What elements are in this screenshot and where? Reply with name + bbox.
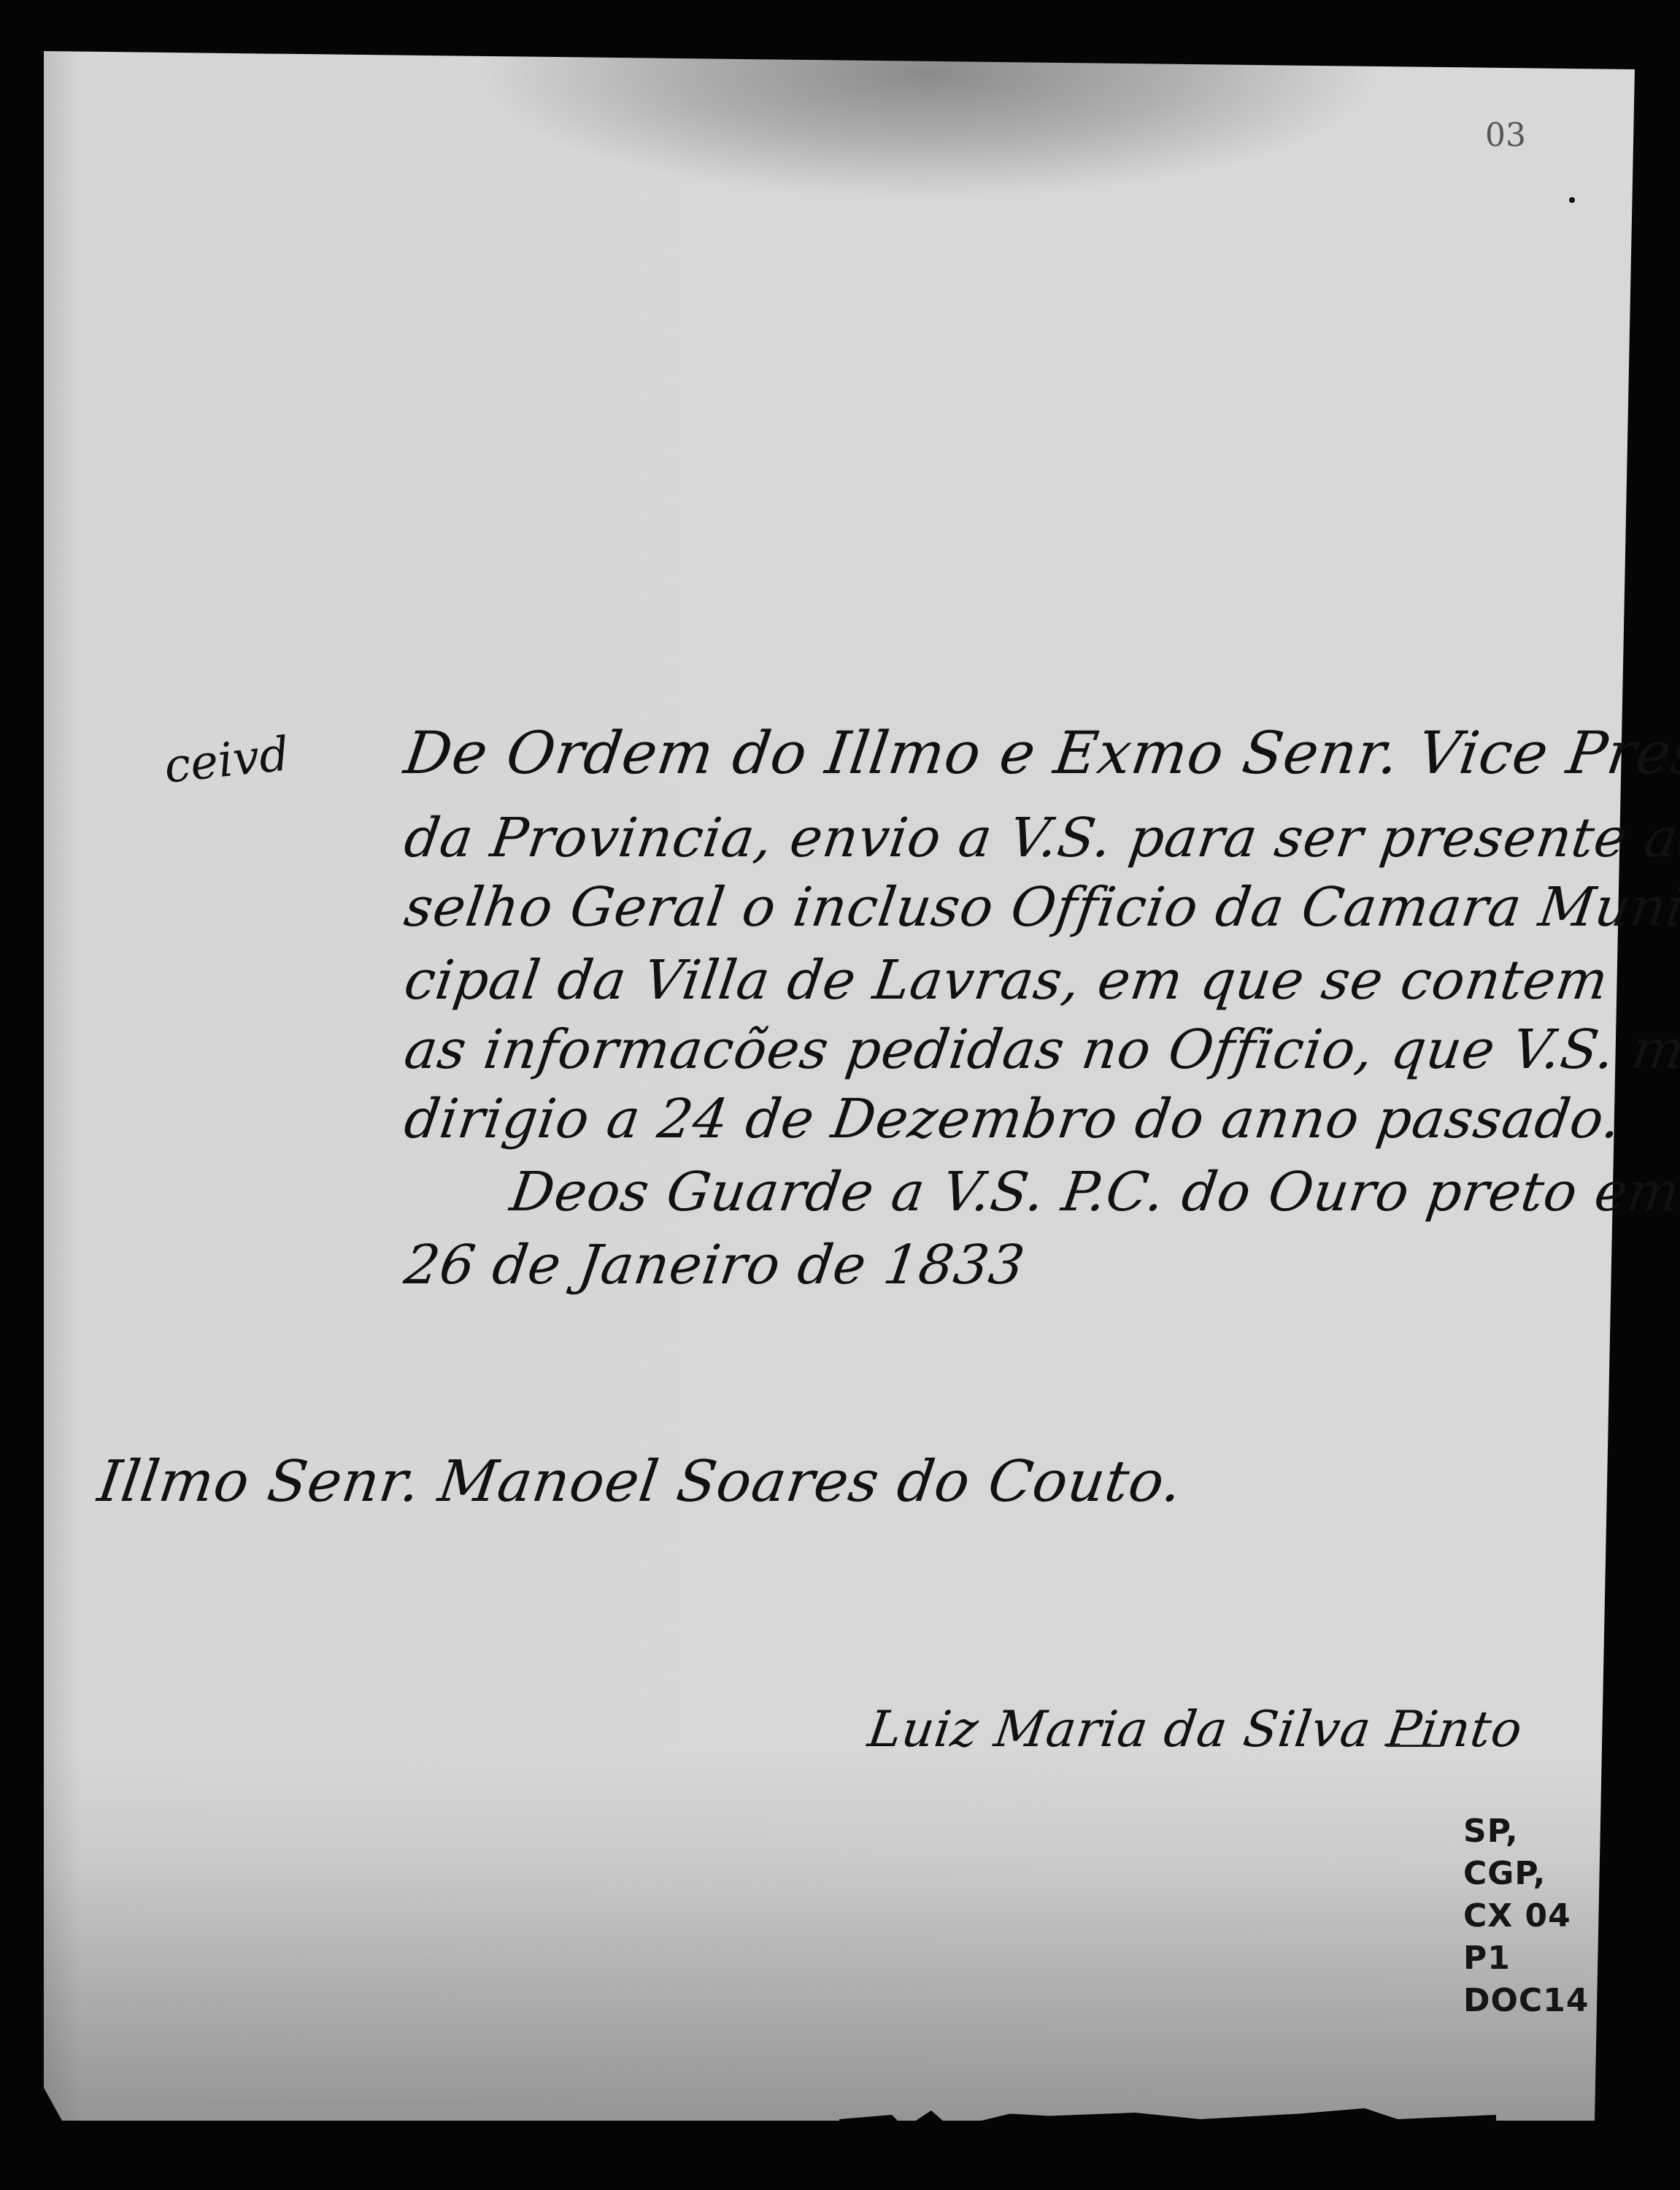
body-line-1: De Ordem do Illmo e Exmo Senr. Vice Pres…	[400, 719, 1680, 787]
page-number: 03	[1485, 117, 1526, 154]
archive-reference-stamp: SP, CGP, CX 04 P1 DOC14	[1463, 1810, 1589, 2022]
body-line-3: selho Geral o incluso Officio da Camara …	[401, 876, 1680, 939]
body-line-2: da Provincia, envio a V.S. para ser pres…	[401, 807, 1680, 869]
signature-flourish	[1387, 1745, 1441, 1747]
archive-ref-line: CX 04	[1463, 1895, 1589, 1937]
archive-ref-line: P1	[1463, 1937, 1589, 1980]
archive-ref-line: DOC14	[1463, 1980, 1589, 2022]
body-line-4: cipal da Villa de Lavras, em que se cont…	[401, 949, 1612, 1012]
body-line-8-date: 26 de Janeiro de 1833	[401, 1234, 1029, 1296]
body-line-5: as informacões pedidas no Officio, que V…	[401, 1018, 1680, 1081]
archive-ref-line: CGP,	[1463, 1853, 1589, 1895]
ink-spot	[1569, 197, 1575, 203]
body-line-6: dirigio a 24 de Dezembro do anno passado…	[401, 1088, 1625, 1150]
addressee: Illmo Senr. Manoel Soares do Couto.	[94, 1449, 1187, 1515]
signature: Luiz Maria da Silva Pinto	[864, 1701, 1526, 1759]
body-line-7: Deos Guarde a V.S. P.C. do Ouro preto em…	[506, 1161, 1680, 1223]
archive-ref-line: SP,	[1463, 1810, 1589, 1853]
